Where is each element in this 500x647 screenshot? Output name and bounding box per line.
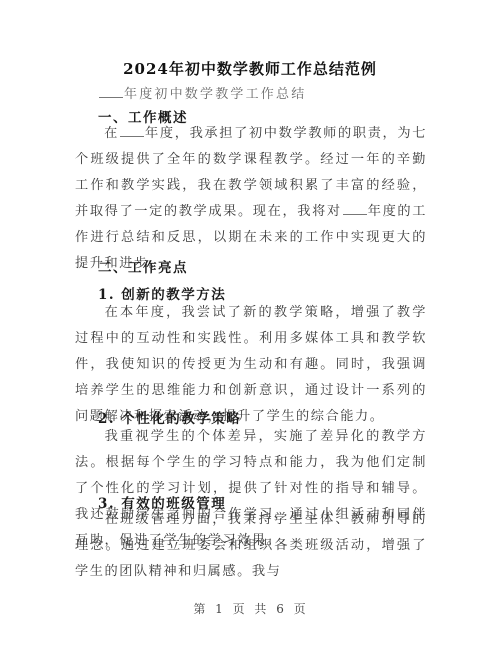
paragraph-class-management: 在班级管理方面，我秉持学生主体、教师引导的理念。通过建立班委会和组织各类班级活动…: [75, 507, 427, 585]
document-title: 2024年初中数学教师工作总结范例: [0, 58, 500, 79]
paragraph-overview: 在年度，我承担了初中数学教师的职责，为七个班级提供了全年的数学课程教学。经过一年…: [75, 121, 427, 277]
fill-in-blank: [99, 85, 123, 98]
page-footer: 第 1 页 共 6 页: [0, 600, 500, 617]
document-page: 2024年初中数学教师工作总结范例 年度初中数学教学工作总结 一、工作概述 在年…: [0, 0, 500, 647]
document-subtitle: 年度初中数学教学工作总结: [98, 83, 306, 102]
section-heading-highlights: 二、工作亮点: [98, 256, 188, 276]
fill-in-blank: [120, 124, 144, 137]
fill-in-blank: [343, 202, 367, 215]
